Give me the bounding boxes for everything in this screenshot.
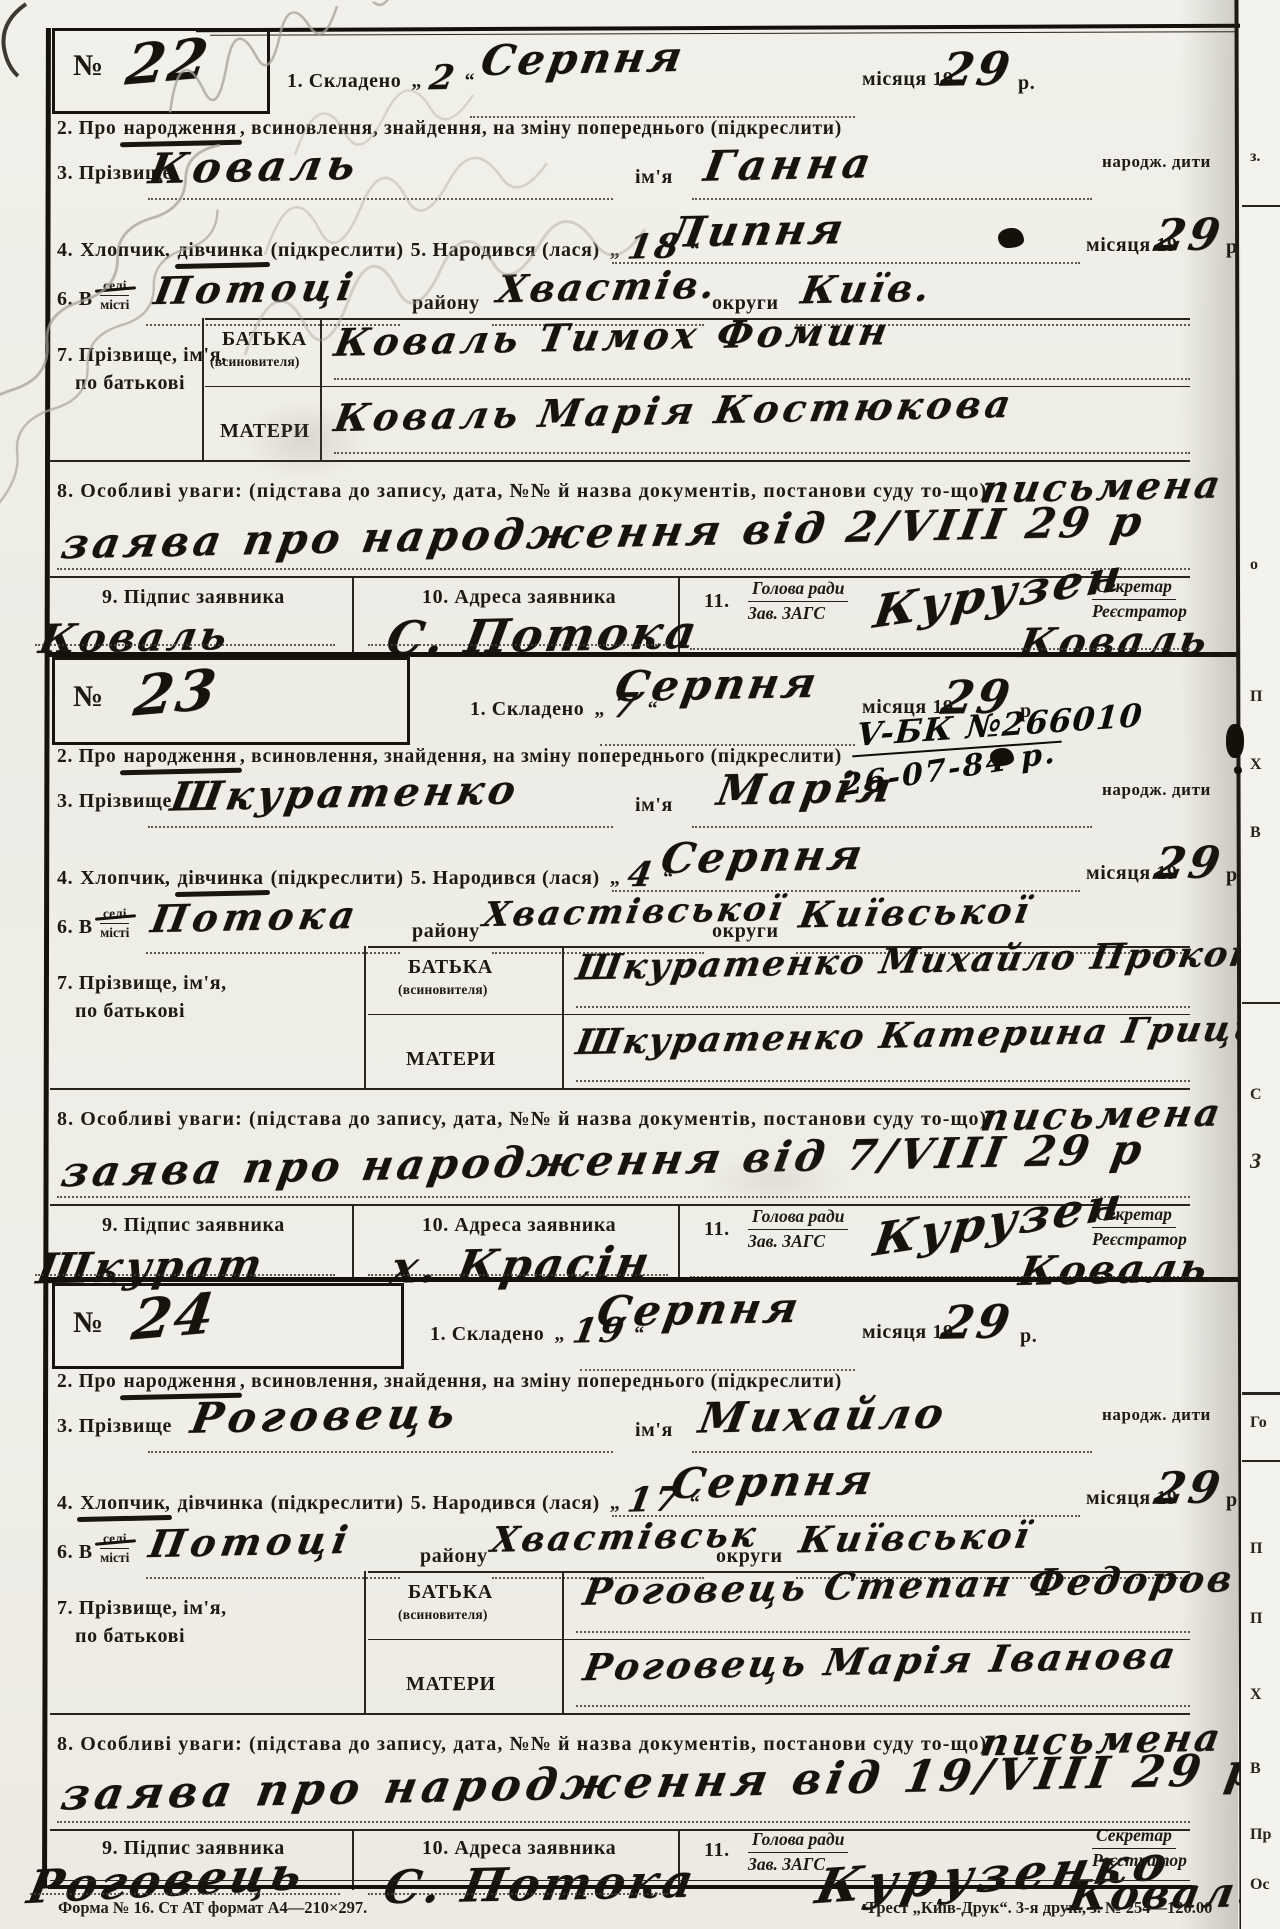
officials-label: 11. [704, 590, 730, 613]
secretary-label-top: Секретар [1092, 576, 1176, 600]
misti-option: місті [100, 1549, 129, 1566]
remarks-label: 8. Особливі уваги: (підстава до запису, … [57, 1108, 987, 1131]
birth-child-cutoff: народж. дити [1102, 152, 1211, 172]
boy-option: Хлопчик [80, 867, 166, 889]
gender-birth-line: 4.Хлопчик,дівчинка(підкреслити)5. Народи… [57, 225, 703, 265]
applicant-address-label: 10. Адреса заявника [422, 586, 616, 609]
surname-label: 3. Прізвище [57, 1415, 172, 1438]
type-prefix: 2. Про [57, 118, 116, 139]
type-rest: , всиновлення, знайдення, на зміну попер… [240, 118, 842, 139]
father-value: Шкуратенко Михайло Прокопів [573, 932, 1280, 988]
secretary-fraction: Секретар Реєстратор [1092, 1825, 1187, 1872]
head-fraction: Голова ради Зав. ЗАГС [748, 578, 848, 625]
quote-mark: „ [610, 239, 621, 261]
composed-year: 29 [937, 1294, 1017, 1349]
neighbor-page-fragment: П [1250, 688, 1262, 706]
gender-birth-line: 4.Хлопчик,дівчинка(підкреслити)5. Народи… [57, 1478, 703, 1518]
seli-misti-fraction: селі місті [100, 906, 129, 941]
composed-label: 1. Складено [470, 698, 584, 720]
neighbor-page-fragment: з. [1250, 148, 1260, 166]
parents-label-1: 7. Прізвище, ім'я, [57, 1597, 227, 1620]
father-sublabel: (всиновителя) [210, 354, 300, 370]
village-value: Потока [148, 892, 364, 941]
secretary-label-top: Секретар [1092, 1204, 1176, 1228]
surname-value: Роговець [187, 1388, 464, 1443]
birth-child-cutoff: народж. дити [1102, 1405, 1211, 1425]
parents-label-1: 7. Прізвище, ім'я, [57, 972, 227, 995]
remarks-line: заява про народження від 2/VIII 29 р [58, 497, 1150, 569]
mother-value: Коваль Марія Костюкова [331, 381, 1018, 440]
type-birth-word: народження [123, 118, 236, 139]
mother-label: МАТЕРИ [220, 420, 310, 443]
boy-option: Хлопчик [80, 239, 166, 261]
applicant-signature-label: 9. Підпис заявника [102, 1214, 285, 1237]
born-year: 29 [1150, 209, 1226, 261]
record-number-value: 23 [130, 657, 221, 730]
record-number-label: № [73, 1306, 104, 1340]
comma: , [165, 1492, 171, 1514]
neighbor-page-fragment: В [1250, 1760, 1261, 1778]
neighbor-page-fragment: П [1250, 1540, 1262, 1558]
name-value: Ганна [700, 138, 879, 191]
year-suffix: р. [1018, 72, 1035, 95]
neighbor-rule [1242, 205, 1280, 207]
father-value: Роговець Степан Федоров [580, 1556, 1239, 1614]
neighbor-page-fragment: З [1250, 1148, 1261, 1174]
born-label: 5. Народився (лася) [411, 239, 600, 261]
born-label: 5. Народився (лася) [411, 867, 600, 889]
quote-mark: „ [411, 70, 422, 92]
seli-misti-fraction: селі місті [100, 1531, 129, 1566]
village-value: Потоці [146, 1517, 356, 1566]
neighbor-page-fragment: В [1250, 824, 1261, 842]
neighbor-page-fragment: Го [1250, 1414, 1267, 1432]
gender-no: 4. [57, 239, 73, 261]
type-rest: , всиновлення, знайдення, на зміну попер… [240, 746, 842, 767]
composed-month: Серпня [611, 658, 822, 711]
paper-hole [1226, 724, 1244, 758]
head-label-bottom: Зав. ЗАГС [748, 602, 825, 625]
year-suffix: р [1226, 1489, 1238, 1512]
neighbor-rule [1242, 1002, 1280, 1004]
type-birth-word: народження [123, 746, 236, 767]
composed-label: 1. Складено [287, 70, 401, 92]
remarks-label: 8. Особливі уваги: (підстава до запису, … [57, 480, 987, 503]
record-number-value: 24 [128, 1281, 219, 1354]
mother-value: Роговець Марія Іванова [580, 1633, 1181, 1689]
secretary-fraction: Секретар Реєстратор [1092, 1204, 1187, 1251]
okruha-label: округи [712, 920, 779, 943]
type-line: 2. Пронародження, всиновлення, знайдення… [57, 118, 849, 140]
gender-birth-line: 4.Хлопчик,дівчинка(підкреслити)5. Народи… [57, 853, 677, 893]
head-fraction: Голова ради Зав. ЗАГС [748, 1206, 848, 1253]
neighbor-page-fragment: Ос [1250, 1876, 1270, 1894]
head-label-bottom: Зав. ЗАГС [748, 1853, 825, 1876]
year-suffix: р. [1020, 1325, 1037, 1348]
head-label-top: Голова ради [748, 1206, 848, 1230]
secretary-label-top: Секретар [1092, 1825, 1176, 1849]
comma: , [165, 867, 171, 889]
father-sublabel: (всиновителя) [398, 982, 488, 998]
quote-mark: “ [465, 70, 476, 92]
raion-label: району [412, 292, 480, 315]
quote-mark: „ [610, 867, 621, 889]
parents-label-2: по батькові [75, 372, 185, 395]
remarks-line: заява про народження від 7/VIII 29 р [58, 1125, 1150, 1197]
surname-value: Шкуратенко [167, 766, 523, 820]
name-label: ім'я [635, 1419, 673, 1442]
record-number-box: № 22 [52, 28, 270, 114]
father-label: БАТЬКА [408, 1581, 493, 1604]
record-number-value: 22 [122, 26, 213, 99]
neighbor-page-fragment: Х [1250, 756, 1262, 774]
neighbor-page-fragment: о [1250, 556, 1258, 574]
name-label: ім'я [635, 794, 673, 817]
secretary-fraction: Секретар Реєстратор [1092, 576, 1187, 623]
raion-label: району [412, 920, 480, 943]
surname-label: 3. Прізвище [57, 790, 172, 813]
seli-misti-fraction: селі місті [100, 278, 129, 313]
quote-mark: „ [594, 698, 605, 720]
form-imprint-left: Форма № 16. Ст АТ формат А4—210×297. [58, 1898, 367, 1918]
applicant-signature-label: 9. Підпис заявника [102, 586, 285, 609]
name-value: Михайло [695, 1388, 951, 1442]
record-number-box: № 24 [52, 1283, 404, 1369]
gender-no: 4. [57, 867, 73, 889]
composed-month: Серпня [593, 1283, 804, 1336]
mother-label: МАТЕРИ [406, 1673, 496, 1696]
applicant-address: С. Потока [380, 1854, 701, 1914]
gender-no: 4. [57, 1492, 73, 1514]
composed-month: Серпня [477, 32, 688, 85]
ink-blot [990, 748, 1014, 766]
okruha-label: округи [716, 1545, 783, 1568]
record-number-label: № [73, 49, 104, 83]
underline-hint: (підкреслити) [271, 1492, 404, 1514]
head-label-bottom: Зав. ЗАГС [748, 1230, 825, 1253]
locality-label: 6. В [57, 916, 93, 939]
okruha-value: Київ. [798, 265, 936, 313]
girl-option: дівчинка [178, 867, 264, 889]
neighbor-page-fragment: Х [1250, 1686, 1262, 1704]
neighbor-rule [1242, 1392, 1280, 1395]
seli-option: селі [100, 278, 129, 296]
born-month: Серпня [667, 1455, 878, 1508]
father-value: Коваль Тимох Фомин [331, 308, 895, 365]
parents-label-2: по батькові [75, 1000, 185, 1023]
head-label-top: Голова ради [748, 578, 848, 602]
mother-label: МАТЕРИ [406, 1048, 496, 1071]
girl-option: дівчинка [178, 1492, 264, 1514]
born-month: Серпня [657, 830, 868, 883]
bottom-rule-thin [50, 1880, 1190, 1881]
girl-option: дівчинка [178, 239, 264, 261]
born-month: Липня [663, 204, 849, 257]
ink-blot [998, 228, 1024, 248]
parents-label-2: по батькові [75, 1625, 185, 1648]
okruha-value: Київської [796, 1515, 1035, 1562]
boy-option: Хлопчик [80, 1492, 166, 1514]
raion-value: Хвастів. [494, 262, 722, 312]
applicant-address-label: 10. Адреса заявника [422, 1214, 616, 1237]
born-year: 29 [1150, 1462, 1226, 1514]
type-rest: , всиновлення, знайдення, на зміну попер… [240, 1371, 842, 1392]
neighbor-page-fragment: Пр [1250, 1826, 1271, 1844]
locality-label: 6. В [57, 288, 93, 311]
misti-option: місті [100, 924, 129, 941]
comma: , [165, 239, 171, 261]
scanned-registry-page: { "page": { "imprint_left": "Форма № 16.… [0, 0, 1280, 1929]
officials-label: 11. [704, 1218, 730, 1241]
underline-hint: (підкреслити) [271, 239, 404, 261]
quote-mark: „ [554, 1323, 565, 1345]
born-year: 29 [1150, 837, 1226, 889]
composed-label: 1. Складено [430, 1323, 544, 1345]
father-label: БАТЬКА [222, 328, 307, 351]
neighbor-rule [1242, 1460, 1280, 1462]
surname-value: Коваль [145, 140, 364, 193]
bottom-page-border [48, 1885, 1192, 1889]
type-birth-word: народження [123, 1371, 236, 1392]
locality-label: 6. В [57, 1541, 93, 1564]
record-block-24: № 24 1. Складено„19“ Серпня місяця 19 29… [0, 1277, 1280, 1890]
neighbor-page-fragment: П [1250, 1610, 1262, 1628]
name-value: Марія [713, 762, 900, 815]
birth-child-cutoff: народж. дити [1102, 780, 1211, 800]
seli-option: селі [100, 906, 129, 924]
okruha-value: Київської [796, 890, 1035, 937]
top-rule-thin [210, 31, 1238, 36]
officials-label: 11. [704, 1839, 730, 1862]
record-number-label: № [73, 680, 104, 714]
raion-label: району [420, 1545, 488, 1568]
father-label: БАТЬКА [408, 956, 493, 979]
head-label-top: Голова ради [748, 1829, 848, 1853]
record-block-22: № 22 1. Складено„2“ Серпня місяця 19 29 … [0, 26, 1280, 652]
type-prefix: 2. Про [57, 746, 116, 767]
underline-hint: (підкреслити) [271, 867, 404, 889]
neighbor-page-fragment: С [1250, 1086, 1262, 1104]
seli-option: селі [100, 1531, 129, 1549]
record-block-23: № 23 1. Складено„7“ Серпня місяця 19 29 … [0, 652, 1280, 1277]
composed-line: 1. Складено„2“ [287, 56, 478, 96]
born-label: 5. Народився (лася) [411, 1492, 600, 1514]
ink-speck [1234, 766, 1242, 774]
quote-mark: „ [610, 1492, 621, 1514]
composed-day: 2 [426, 58, 460, 99]
type-prefix: 2. Про [57, 1371, 116, 1392]
father-sublabel: (всиновителя) [398, 1607, 488, 1623]
composed-year: 29 [937, 41, 1017, 96]
form-imprint-right: Трест „Київ-Друк“. 3-я друк., з. № 254—1… [866, 1898, 1238, 1918]
misti-option: місті [100, 296, 129, 313]
village-value: Потоці [151, 264, 361, 313]
record-number-box: № 23 [52, 657, 410, 745]
name-label: ім'я [635, 166, 673, 189]
